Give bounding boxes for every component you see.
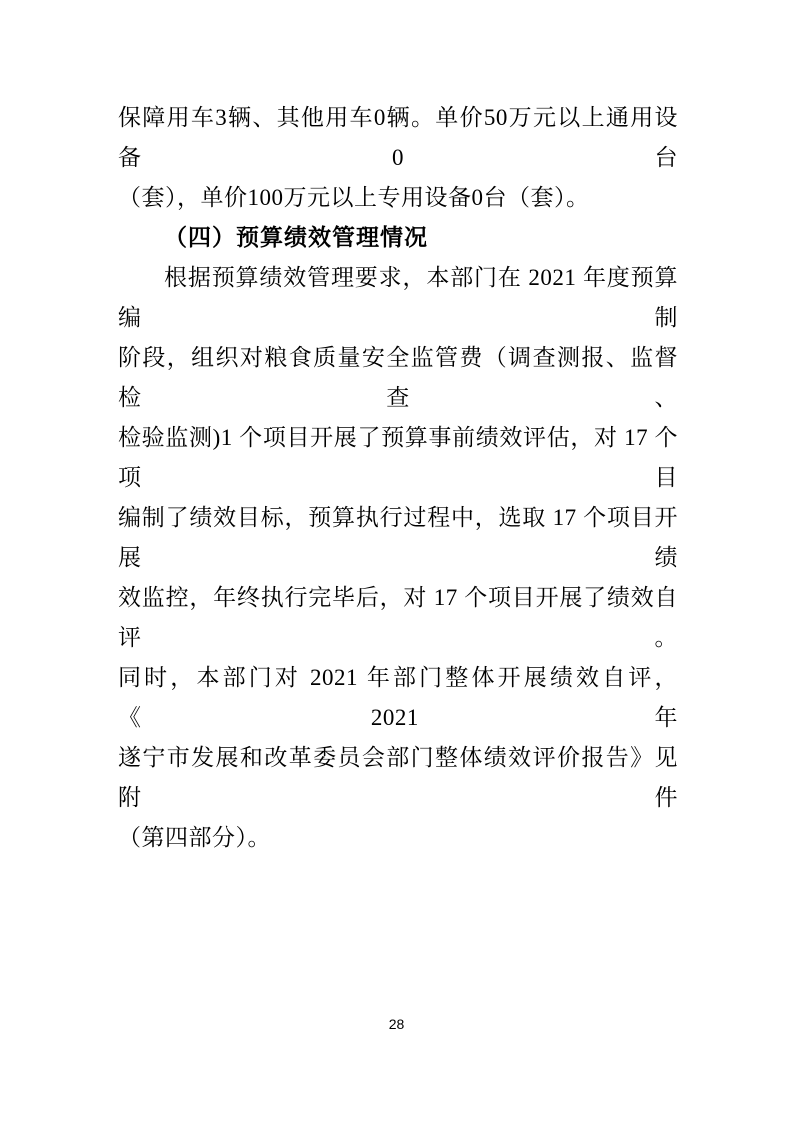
body-text-line: 保障用车3辆、其他用车0辆。单价50万元以上通用设备0台 [118, 98, 678, 178]
page-number: 28 [389, 1016, 405, 1032]
body-text-line: （第四部分）。 [118, 818, 678, 858]
body-text-line: 阶段，组织对粮食质量安全监管费（调查测报、监督检查、 [118, 338, 678, 418]
section-heading: （四）预算绩效管理情况 [118, 218, 678, 258]
body-text-line: （套），单价100万元以上专用设备0台（套）。 [118, 178, 678, 218]
page-footer: 28 [0, 1016, 793, 1034]
body-text-line: 检验监测)1 个项目开展了预算事前绩效评估，对 17 个项目 [118, 418, 678, 498]
page-body: 保障用车3辆、其他用车0辆。单价50万元以上通用设备0台 （套），单价100万元… [118, 98, 678, 858]
body-text-line: 根据预算绩效管理要求，本部门在 2021 年度预算编制 [118, 258, 678, 338]
body-text-line: 同时，本部门对 2021 年部门整体开展绩效自评，《2021 年 [118, 658, 678, 738]
body-text-line: 效监控，年终执行完毕后，对 17 个项目开展了绩效自评。 [118, 578, 678, 658]
body-text-line: 遂宁市发展和改革委员会部门整体绩效评价报告》见附件 [118, 738, 678, 818]
body-text-line: 编制了绩效目标，预算执行过程中，选取 17 个项目开展绩 [118, 498, 678, 578]
document-page: 保障用车3辆、其他用车0辆。单价50万元以上通用设备0台 （套），单价100万元… [0, 0, 793, 1122]
